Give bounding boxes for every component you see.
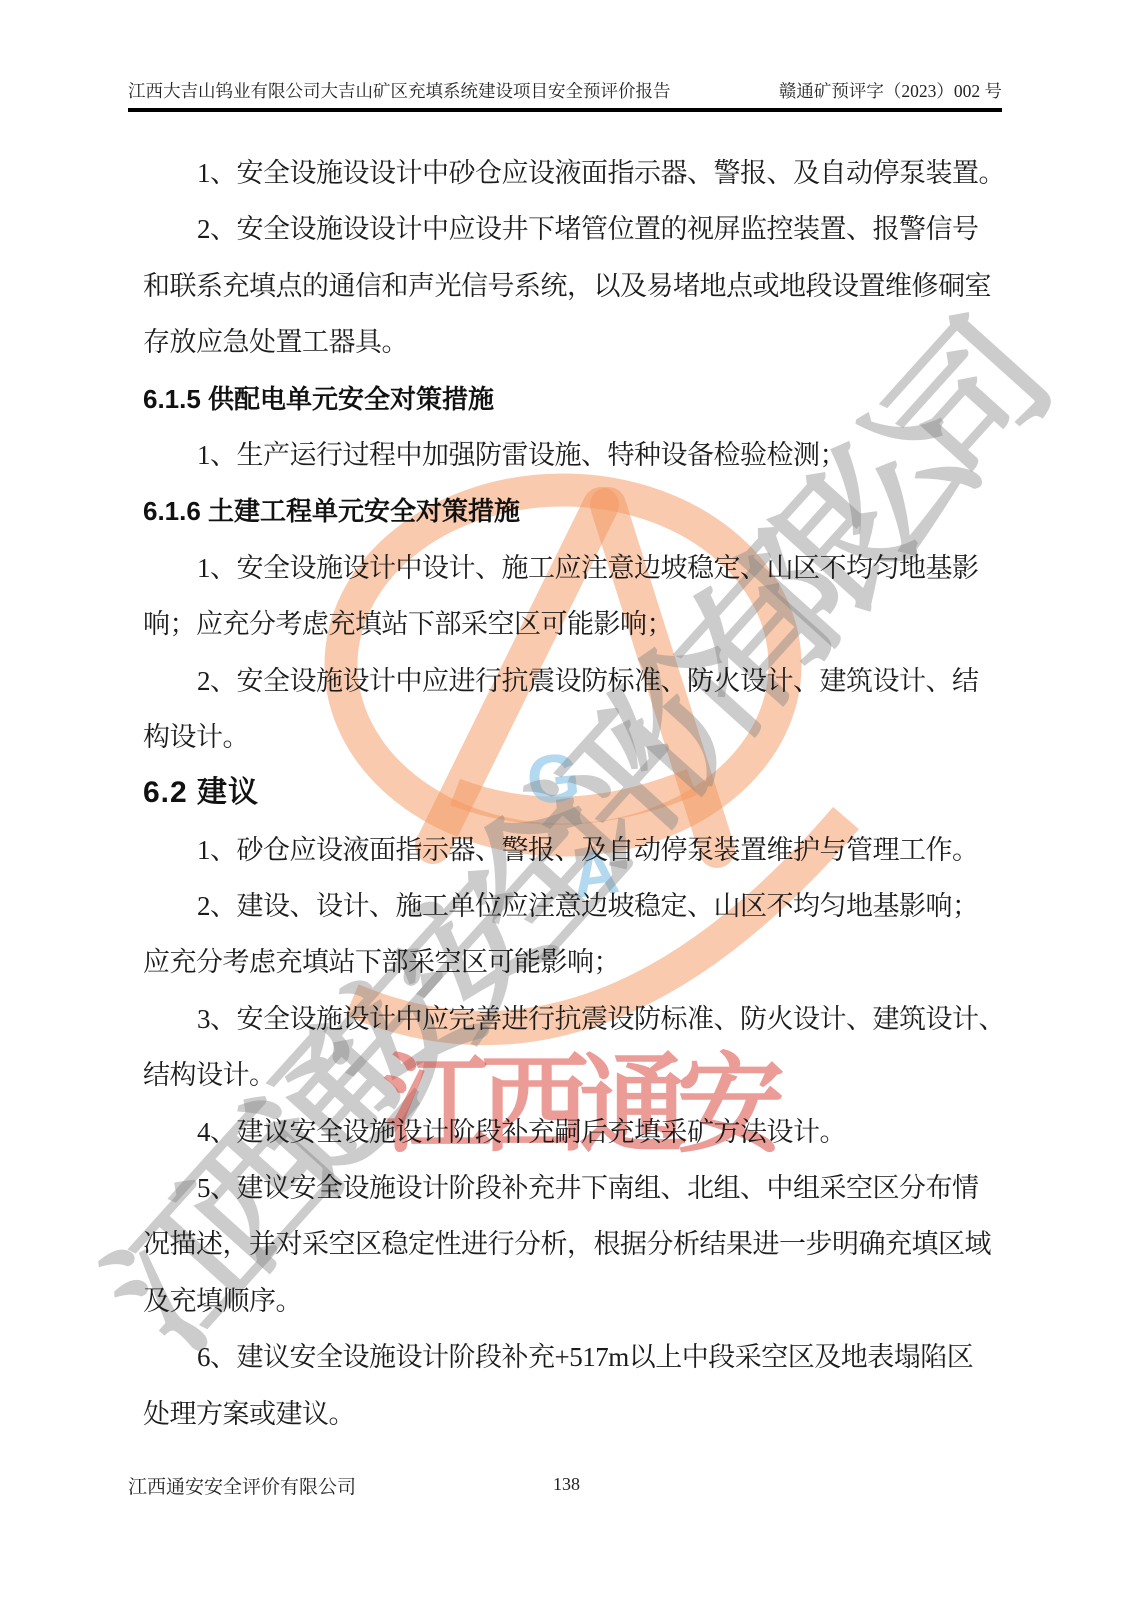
text-line: 和联系充填点的通信和声光信号系统，以及易堵地点或地段设置维修硐室 bbox=[143, 258, 988, 314]
text-line: 5、建议安全设施设计阶段补充井下南组、北组、中组采空区分布情 bbox=[143, 1160, 988, 1216]
section-heading: 6.1.6 土建工程单元安全对策措施 bbox=[143, 483, 988, 539]
header-report-title: 江西大吉山钨业有限公司大吉山矿区充填系统建设项目安全预评价报告 bbox=[128, 78, 671, 103]
text-line: 构设计。 bbox=[143, 709, 988, 765]
document-body: 1、安全设施设设计中砂仓应设液面指示器、警报、及自动停泵装置。2、安全设施设设计… bbox=[143, 145, 988, 1442]
text-line: 2、建设、设计、施工单位应注意边坡稳定、山区不均匀地基影响； bbox=[143, 878, 988, 934]
text-line: 2、安全设施设设计中应设井下堵管位置的视屏监控装置、报警信号 bbox=[143, 201, 988, 257]
text-line: 响；应充分考虑充填站下部采空区可能影响； bbox=[143, 596, 988, 652]
section-heading: 6.1.5 供配电单元安全对策措施 bbox=[143, 371, 988, 427]
text-line: 3、安全设施设计中应完善进行抗震设防标准、防火设计、建筑设计、 bbox=[143, 991, 988, 1047]
text-line: 1、安全设施设设计中砂仓应设液面指示器、警报、及自动停泵装置。 bbox=[143, 145, 988, 201]
text-line: 6、建议安全设施设计阶段补充+517m以上中段采空区及地表塌陷区 bbox=[143, 1329, 988, 1385]
text-line: 结构设计。 bbox=[143, 1047, 988, 1103]
header-document-number: 赣通矿预评字（2023）002 号 bbox=[779, 78, 1002, 103]
text-line: 处理方案或建议。 bbox=[143, 1386, 988, 1442]
header-divider-line bbox=[128, 108, 1002, 112]
text-line: 4、建议安全设施设计阶段补充嗣后充填采矿方法设计。 bbox=[143, 1104, 988, 1160]
text-line: 1、安全设施设计中设计、施工应注意边坡稳定、山区不均匀地基影 bbox=[143, 540, 988, 596]
document-page: { "header": { "left": "江西大吉山钨业有限公司大吉山矿区充… bbox=[0, 0, 1131, 1600]
text-line: 1、生产运行过程中加强防雷设施、特种设备检验检测； bbox=[143, 427, 988, 483]
page-header: 江西大吉山钨业有限公司大吉山矿区充填系统建设项目安全预评价报告 赣通矿预评字（2… bbox=[128, 78, 1002, 103]
text-line: 况描述，并对采空区稳定性进行分析，根据分析结果进一步明确充填区域 bbox=[143, 1216, 988, 1272]
section-heading: 6.2 建议 bbox=[143, 765, 988, 821]
text-line: 及充填顺序。 bbox=[143, 1273, 988, 1329]
footer-company-name: 江西通安安全评价有限公司 bbox=[128, 1472, 356, 1499]
text-line: 1、砂仓应设液面指示器、警报、及自动停泵装置维护与管理工作。 bbox=[143, 822, 988, 878]
text-line: 应充分考虑充填站下部采空区可能影响； bbox=[143, 934, 988, 990]
page-number: 138 bbox=[553, 1474, 580, 1495]
text-line: 2、安全设施设计中应进行抗震设防标准、防火设计、建筑设计、结 bbox=[143, 653, 988, 709]
text-line: 存放应急处置工器具。 bbox=[143, 314, 988, 370]
